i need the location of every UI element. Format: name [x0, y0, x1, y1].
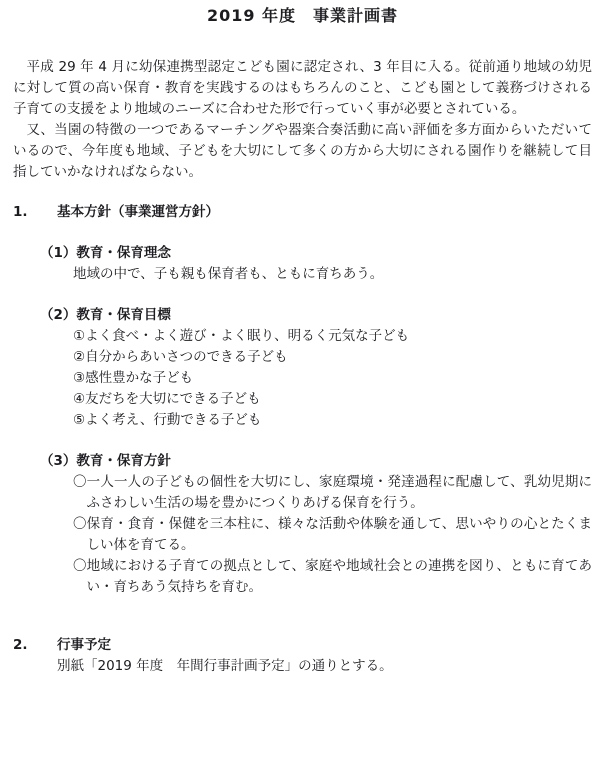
goal-item-5: ⑤よく考え、行動できる子ども — [73, 410, 592, 431]
subsection-3-label: （3） — [40, 453, 76, 469]
subsection-philosophy: （1）教育・保育理念 地域の中で、子も親も保育者も、ともに育ちあう。 — [40, 243, 592, 285]
policy-item-1: 〇一人一人の子どもの個性を大切にし、家庭環境・発達過程に配慮して、乳幼児期にふさ… — [73, 472, 592, 514]
subsection-2-title: 教育・保育目標 — [76, 307, 171, 323]
intro-section: 平成 29 年 4 月に幼保連携型認定こども園に認定され、3 年目に入る。従前通… — [13, 57, 592, 183]
section-2-body: 別紙「2019 年度 年間行事計画予定」の通りとする。 — [57, 656, 592, 677]
goal-item-2: ②自分からあいさつのできる子ども — [73, 347, 592, 368]
document-title: 2019 年度 事業計画書 — [13, 6, 592, 26]
goal-item-3: ③感性豊かな子ども — [73, 368, 592, 389]
subsection-2-heading: （2）教育・保育目標 — [40, 305, 592, 326]
goal-item-1: ①よく食べ・よく遊び・よく眠り、明るく元気な子ども — [73, 326, 592, 347]
section-1-heading: 1.基本方針（事業運営方針） — [13, 202, 592, 223]
intro-paragraph-1: 平成 29 年 4 月に幼保連携型認定こども園に認定され、3 年目に入る。従前通… — [13, 57, 592, 120]
section-1-title: 基本方針（事業運営方針） — [57, 204, 219, 220]
subsection-1-title: 教育・保育理念 — [76, 245, 171, 261]
goal-item-4: ④友だちを大切にできる子ども — [73, 389, 592, 410]
policy-item-2: 〇保育・食育・保健を三本柱に、様々な活動や体験を通して、思いやりの心とたくましい… — [73, 514, 592, 556]
subsection-policy: （3）教育・保育方針 〇一人一人の子どもの個性を大切にし、家庭環境・発達過程に配… — [40, 451, 592, 598]
subsection-goals: （2）教育・保育目標 ①よく食べ・よく遊び・よく眠り、明るく元気な子ども ②自分… — [40, 305, 592, 431]
policy-item-3: 〇地域における子育ての拠点として、家庭や地域社会との連携を図り、ともに育てあい・… — [73, 556, 592, 598]
document-page: 2019 年度 事業計画書 平成 29 年 4 月に幼保連携型認定こども園に認定… — [0, 0, 605, 773]
subsection-3-title: 教育・保育方針 — [76, 453, 171, 469]
subsection-1-heading: （1）教育・保育理念 — [40, 243, 592, 264]
subsection-3-heading: （3）教育・保育方針 — [40, 451, 592, 472]
subsection-1-label: （1） — [40, 245, 76, 261]
section-1-number: 1. — [13, 202, 57, 223]
subsection-3-body: 〇一人一人の子どもの個性を大切にし、家庭環境・発達過程に配慮して、乳幼児期にふさ… — [73, 472, 592, 598]
section-event-schedule: 2.行事予定 別紙「2019 年度 年間行事計画予定」の通りとする。 — [13, 635, 592, 677]
subsection-2-body: ①よく食べ・よく遊び・よく眠り、明るく元気な子ども ②自分からあいさつのできる子… — [73, 326, 592, 431]
subsection-1-body: 地域の中で、子も親も保育者も、ともに育ちあう。 — [73, 264, 592, 285]
intro-paragraph-2: 又、当園の特徴の一つであるマーチングや器楽合奏活動に高い評価を多方面からいただい… — [13, 120, 592, 183]
event-schedule-note: 別紙「2019 年度 年間行事計画予定」の通りとする。 — [57, 656, 592, 677]
philosophy-line: 地域の中で、子も親も保育者も、ともに育ちあう。 — [73, 264, 592, 285]
section-2-number: 2. — [13, 635, 57, 656]
section-2-title: 行事予定 — [57, 637, 111, 653]
subsection-2-label: （2） — [40, 307, 76, 323]
section-basic-policy: 1.基本方針（事業運営方針） （1）教育・保育理念 地域の中で、子も親も保育者も… — [13, 202, 592, 598]
section-2-heading: 2.行事予定 — [13, 635, 592, 656]
